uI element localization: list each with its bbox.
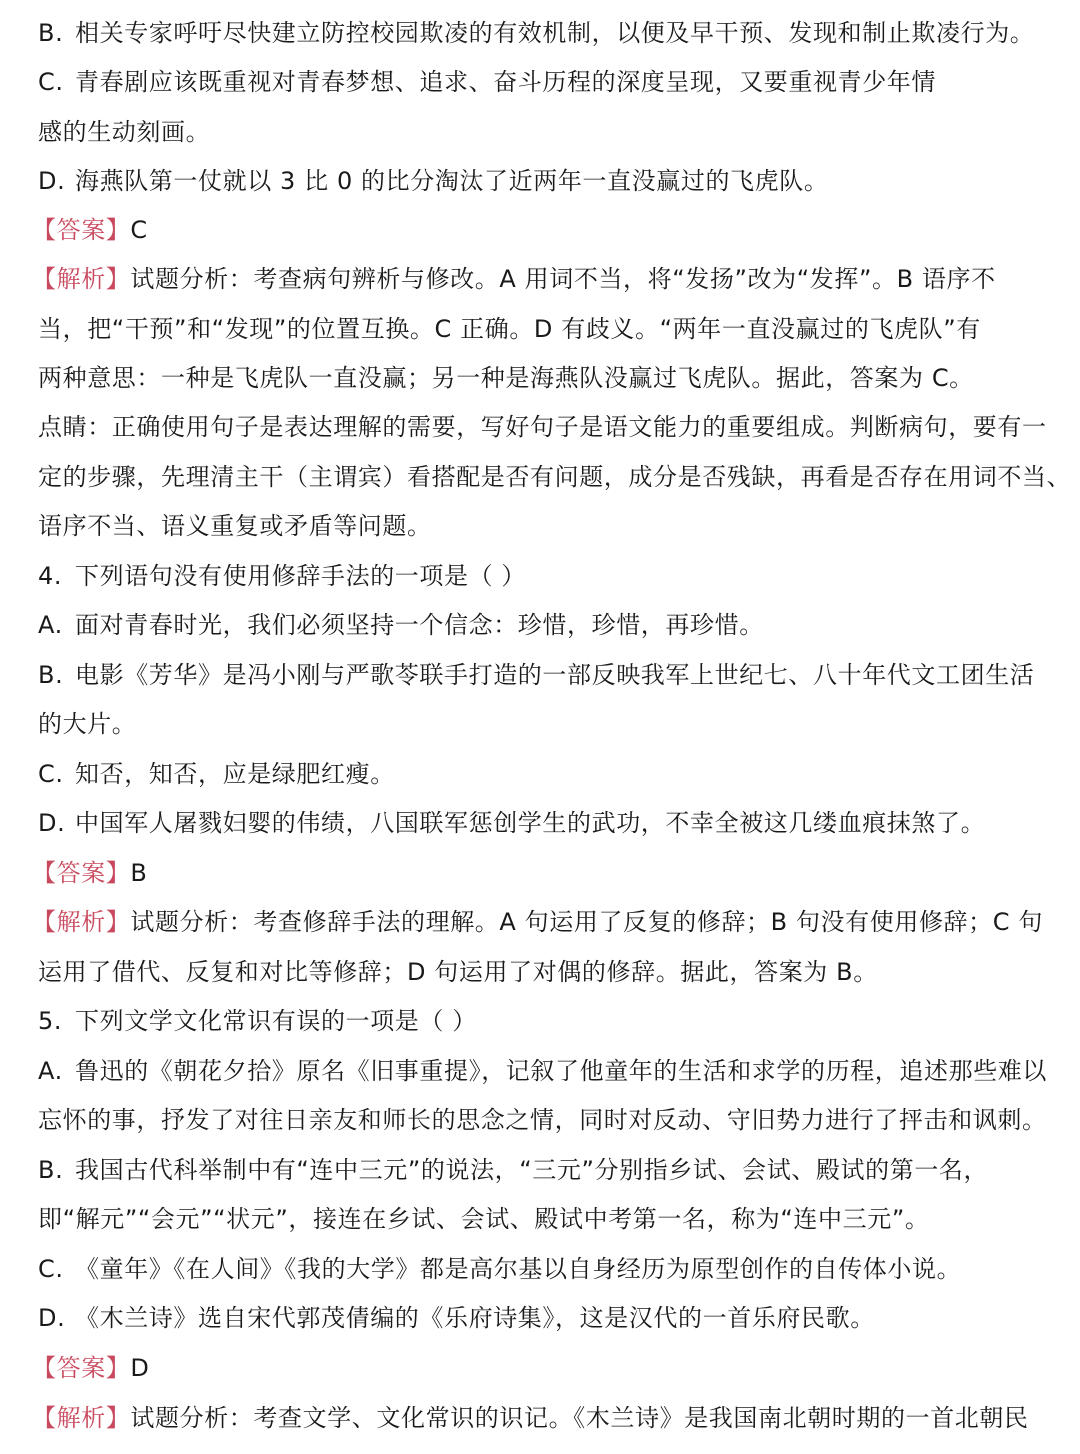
answer-label: 【答案】: [32, 216, 130, 244]
option-letter: D.: [38, 808, 75, 838]
analysis-label: 【解析】: [32, 265, 130, 293]
option-text: 海燕队第一仗就以 3 比 0 的比分淘汰了近两年一直没赢过的飞虎队。: [75, 167, 828, 195]
analysis-text: 两种意思：一种是飞虎队一直没赢；另一种是海燕队没赢过飞虎队。据此，答案为 C。: [38, 364, 974, 392]
option-letter: C.: [38, 1254, 75, 1284]
option-text: 我国古代科举制中有“连中三元”的说法，“三元”分别指乡试、会试、殿试的第一名，: [75, 1156, 988, 1184]
analysis-text: 试题分析：考查文学、文化常识的识记。《木兰诗》是我国南北朝时期的一首北朝民: [130, 1404, 1028, 1432]
option-letter: A.: [38, 1056, 75, 1086]
q5-option-a-line1: A.鲁迅的《朝花夕拾》原名《旧事重提》，记叙了他童年的生活和求学的历程，追述那些…: [38, 1056, 1047, 1086]
q4-option-b-line2: 的大片。: [38, 709, 136, 739]
option-text: 忘怀的事，抒发了对往日亲友和师长的思念之情，同时对反动、守旧势力进行了抨击和讽刺…: [38, 1106, 1047, 1134]
q5-stem: 5.下列文学文化常识有误的一项是（ ）: [38, 1006, 477, 1036]
q3-option-b: B.相关专家呼吁尽快建立防控校园欺凌的有效机制，以便及早干预、发现和制止欺凌行为…: [38, 18, 1034, 48]
q4-option-d: D.中国军人屠戮妇婴的伟绩，八国联军惩创学生的武功，不幸全被这几缕血痕抹煞了。: [38, 808, 985, 838]
q5-option-b-line2: 即“解元”“会元”“状元”，接连在乡试、会试、殿试中考第一名，称为“连中三元”。: [38, 1204, 929, 1234]
q3-option-c-line1: C.青春剧应该既重视对青春梦想、追求、奋斗历程的深度呈现，又要重视青少年情: [38, 67, 936, 97]
q3-option-c-line2: 感的生动刻画。: [38, 117, 210, 147]
question-text: 下列语句没有使用修辞手法的一项是（ ）: [75, 562, 526, 590]
q4-option-a: A.面对青春时光，我们必须坚持一个信念：珍惜，珍惜，再珍惜。: [38, 610, 764, 640]
option-text: 面对青春时光，我们必须坚持一个信念：珍惜，珍惜，再珍惜。: [75, 611, 764, 639]
analysis-text: 试题分析：考查病句辨析与修改。A 用词不当，将“发扬”改为“发挥”。B 语序不: [130, 265, 995, 293]
q3-tip-line3: 语序不当、语义重复或矛盾等问题。: [38, 511, 432, 541]
option-letter: B.: [38, 660, 75, 690]
q4-analysis-line1: 【解析】试题分析：考查修辞手法的理解。A 句运用了反复的修辞；B 句没有使用修辞…: [32, 907, 1043, 937]
q3-tip-line1: 点睛：正确使用句子是表达理解的需要，写好句子是语文能力的重要组成。判断病句，要有…: [38, 412, 1047, 442]
option-letter: D.: [38, 1303, 75, 1333]
q4-analysis-line2: 运用了借代、反复和对比等修辞；D 句运用了对偶的修辞。据此，答案为 B。: [38, 957, 878, 987]
option-text: 相关专家呼吁尽快建立防控校园欺凌的有效机制，以便及早干预、发现和制止欺凌行为。: [75, 19, 1034, 47]
q4-stem: 4.下列语句没有使用修辞手法的一项是（ ）: [38, 561, 526, 591]
q5-analysis-line1: 【解析】试题分析：考查文学、文化常识的识记。《木兰诗》是我国南北朝时期的一首北朝…: [32, 1403, 1029, 1433]
analysis-text: 试题分析：考查修辞手法的理解。A 句运用了反复的修辞；B 句没有使用修辞；C 句: [130, 908, 1043, 936]
option-text: 《木兰诗》选自宋代郭茂倩编的《乐府诗集》，这是汉代的一首乐府民歌。: [75, 1304, 875, 1332]
option-text: 《童年》《在人间》《我的大学》都是高尔基以自身经历为原型创作的自传体小说。: [75, 1255, 961, 1283]
question-number: 4.: [38, 561, 75, 591]
answer-value: B: [130, 859, 147, 887]
q3-analysis-line2: 当，把“干预”和“发现”的位置互换。C 正确。D 有歧义。“两年一直没赢过的飞虎…: [38, 314, 981, 344]
q5-option-b-line1: B.我国古代科举制中有“连中三元”的说法，“三元”分别指乡试、会试、殿试的第一名…: [38, 1155, 988, 1185]
option-text: 电影《芳华》是冯小刚与严歌苓联手打造的一部反映我军上世纪七、八十年代文工团生活: [75, 661, 1034, 689]
answer-value: D: [130, 1354, 149, 1382]
answer-value: C: [130, 216, 147, 244]
q5-answer: 【答案】D: [32, 1353, 150, 1383]
analysis-text: 运用了借代、反复和对比等修辞；D 句运用了对偶的修辞。据此，答案为 B。: [38, 958, 878, 986]
analysis-text: 当，把“干预”和“发现”的位置互换。C 正确。D 有歧义。“两年一直没赢过的飞虎…: [38, 315, 981, 343]
option-letter: C.: [38, 759, 75, 789]
q4-option-b-line1: B.电影《芳华》是冯小刚与严歌苓联手打造的一部反映我军上世纪七、八十年代文工团生…: [38, 660, 1034, 690]
answer-label: 【答案】: [32, 859, 130, 887]
option-letter: D.: [38, 166, 75, 196]
question-number: 5.: [38, 1006, 75, 1036]
q3-analysis-line1: 【解析】试题分析：考查病句辨析与修改。A 用词不当，将“发扬”改为“发挥”。B …: [32, 264, 996, 294]
q4-option-c: C.知否，知否，应是绿肥红瘦。: [38, 759, 395, 789]
option-text: 知否，知否，应是绿肥红瘦。: [75, 760, 395, 788]
option-text: 中国军人屠戮妇婴的伟绩，八国联军惩创学生的武功，不幸全被这几缕血痕抹煞了。: [75, 809, 985, 837]
option-text: 感的生动刻画。: [38, 118, 210, 146]
option-text: 的大片。: [38, 710, 136, 738]
q4-answer: 【答案】B: [32, 858, 147, 888]
q5-option-d: D.《木兰诗》选自宋代郭茂倩编的《乐府诗集》，这是汉代的一首乐府民歌。: [38, 1303, 875, 1333]
option-text: 鲁迅的《朝花夕拾》原名《旧事重提》，记叙了他童年的生活和求学的历程，追述那些难以: [75, 1057, 1047, 1085]
analysis-label: 【解析】: [32, 1404, 130, 1432]
answer-label: 【答案】: [32, 1354, 130, 1382]
tip-text: 语序不当、语义重复或矛盾等问题。: [38, 512, 432, 540]
q5-option-c: C.《童年》《在人间》《我的大学》都是高尔基以自身经历为原型创作的自传体小说。: [38, 1254, 961, 1284]
option-letter: B.: [38, 18, 75, 48]
tip-text: 点睛：正确使用句子是表达理解的需要，写好句子是语文能力的重要组成。判断病句，要有…: [38, 413, 1047, 441]
option-letter: C.: [38, 67, 75, 97]
option-text: 即“解元”“会元”“状元”，接连在乡试、会试、殿试中考第一名，称为“连中三元”。: [38, 1205, 929, 1233]
option-text: 青春剧应该既重视对青春梦想、追求、奋斗历程的深度呈现，又要重视青少年情: [75, 68, 936, 96]
analysis-label: 【解析】: [32, 908, 130, 936]
option-letter: A.: [38, 610, 75, 640]
q3-tip-line2: 定的步骤，先理清主干（主谓宾）看搭配是否有问题，成分是否残缺，再看是否存在用词不…: [38, 462, 1071, 492]
q3-answer: 【答案】C: [32, 215, 148, 245]
tip-text: 定的步骤，先理清主干（主谓宾）看搭配是否有问题，成分是否残缺，再看是否存在用词不…: [38, 463, 1071, 491]
q5-option-a-line2: 忘怀的事，抒发了对往日亲友和师长的思念之情，同时对反动、守旧势力进行了抨击和讽刺…: [38, 1105, 1047, 1135]
q3-option-d: D.海燕队第一仗就以 3 比 0 的比分淘汰了近两年一直没赢过的飞虎队。: [38, 166, 828, 196]
question-text: 下列文学文化常识有误的一项是（ ）: [75, 1007, 477, 1035]
q3-analysis-line3: 两种意思：一种是飞虎队一直没赢；另一种是海燕队没赢过飞虎队。据此，答案为 C。: [38, 363, 974, 393]
option-letter: B.: [38, 1155, 75, 1185]
